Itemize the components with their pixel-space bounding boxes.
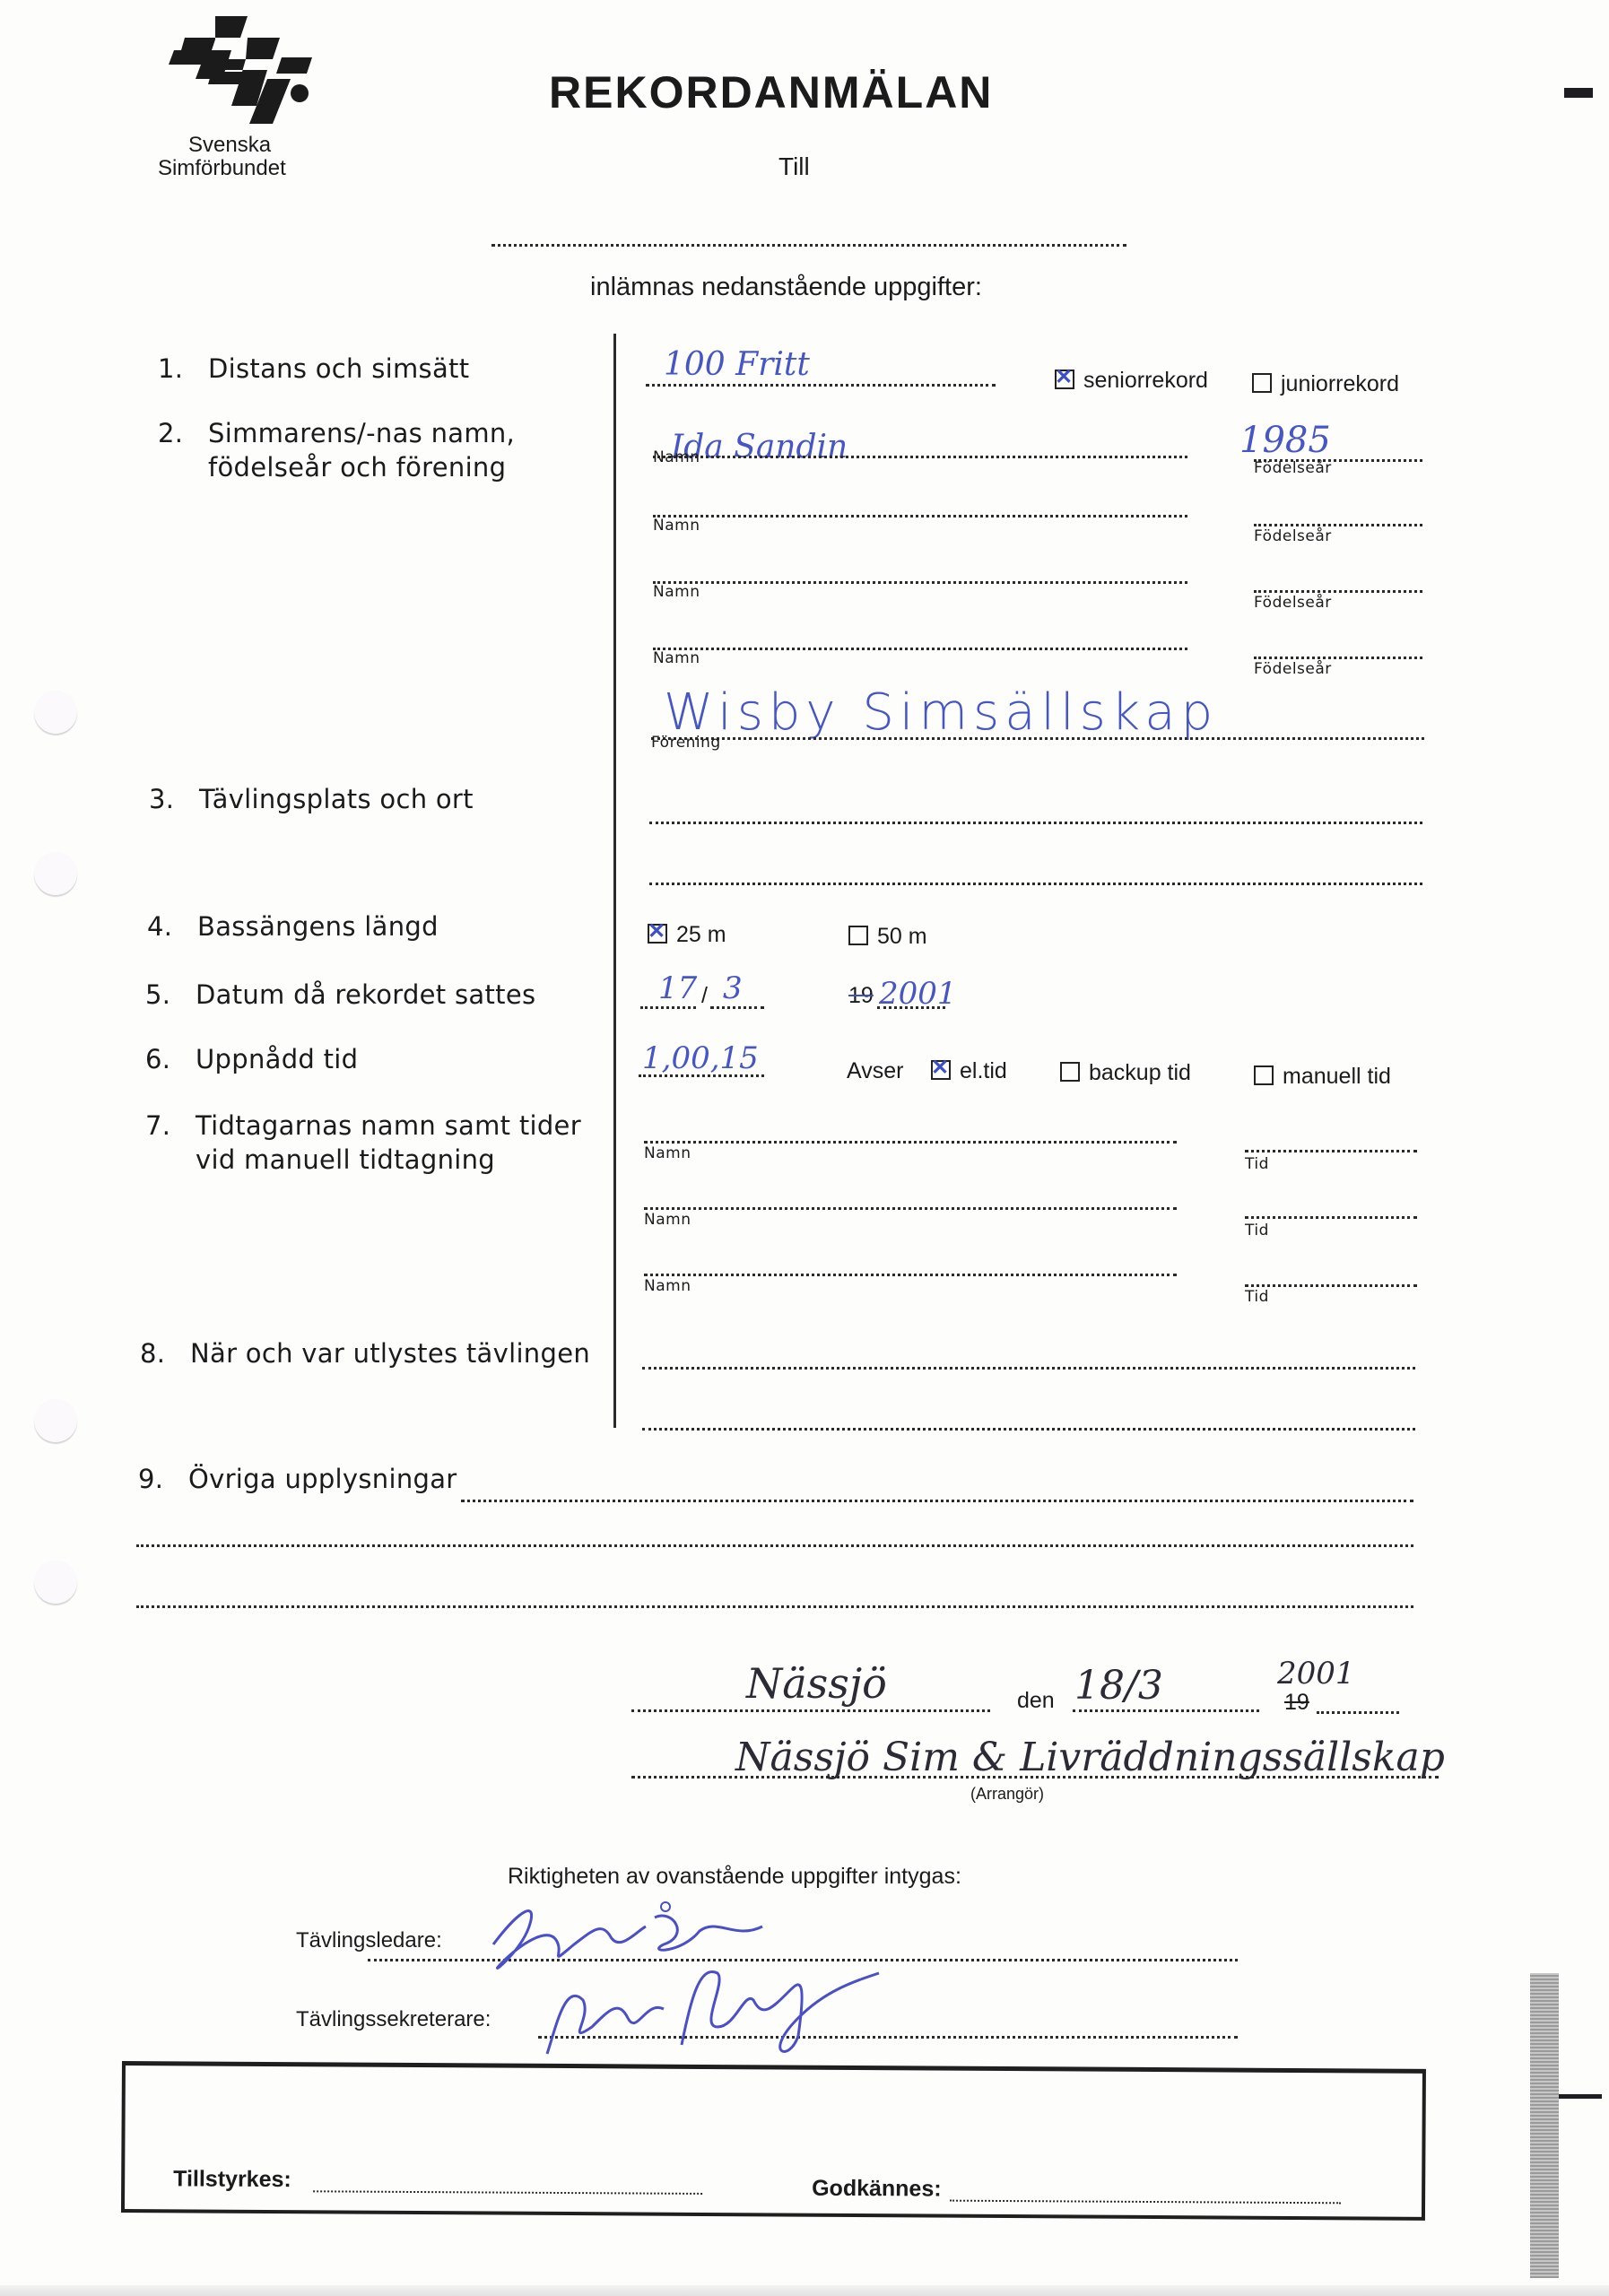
swimmer-name-field[interactable] xyxy=(653,515,1187,517)
section-6-number: 6. xyxy=(145,1044,170,1074)
swimmer-year-field[interactable] xyxy=(1254,524,1422,526)
section-7-number: 7. xyxy=(145,1110,170,1141)
timekeeper-time-field[interactable] xyxy=(1245,1150,1417,1152)
tillstyrkes-field[interactable] xyxy=(313,2190,702,2195)
timekeeper-name-field[interactable] xyxy=(644,1274,1177,1276)
name-caption: Namn xyxy=(653,583,700,601)
timekeeper-name-caption: Namn xyxy=(644,1211,691,1229)
year-caption: Födelseår xyxy=(1254,459,1332,477)
subtitle: inlämnas nedanstående uppgifter: xyxy=(590,273,982,302)
avser-label: Avser xyxy=(847,1058,903,1084)
scan-bottom-edge xyxy=(0,2285,1609,2296)
section-8-number: 8. xyxy=(140,1338,165,1369)
year-caption: Födelseår xyxy=(1254,594,1332,612)
place-value[interactable]: Nässjö xyxy=(746,1659,887,1708)
den-label: den xyxy=(1017,1688,1055,1714)
distance-stroke-field[interactable] xyxy=(646,384,996,387)
section-2-label-line2: födelseår och förening xyxy=(208,452,506,483)
signoff-year-prefix-struck: 19 xyxy=(1284,1690,1309,1716)
club-value[interactable]: Wisby Simsällskap xyxy=(664,683,1218,742)
timekeeper-name-caption: Namn xyxy=(644,1144,691,1162)
punch-hole xyxy=(34,1561,77,1604)
punch-hole xyxy=(34,852,77,895)
record-month-field[interactable] xyxy=(710,1006,764,1009)
scan-edge-mark xyxy=(1559,2094,1602,2099)
signoff-year-field[interactable] xyxy=(1317,1711,1399,1714)
organizer-caption: (Arrangör) xyxy=(970,1785,1044,1804)
record-year-field[interactable] xyxy=(877,1006,945,1009)
secretary-label: Tävlingssekreterare: xyxy=(296,2007,491,2032)
section-7-label-line1: Tidtagarnas namn samt tider xyxy=(196,1110,581,1141)
name-caption: Namn xyxy=(653,448,700,466)
club-field[interactable] xyxy=(651,737,1424,740)
godkannes-label: Godkännes: xyxy=(812,2176,942,2203)
senior-record-checkbox[interactable]: seniorrekord xyxy=(1055,368,1208,394)
column-divider xyxy=(613,334,616,1428)
announcement-field-line2[interactable] xyxy=(642,1428,1415,1431)
timekeeper-time-field[interactable] xyxy=(1245,1284,1417,1287)
timekeeper-time-caption: Tid xyxy=(1245,1288,1269,1306)
page-title: REKORDANMÄLAN xyxy=(549,66,993,118)
backup-time-label: backup tid xyxy=(1089,1060,1191,1085)
year-caption: Födelseår xyxy=(1254,660,1332,678)
backup-time-box[interactable] xyxy=(1060,1062,1080,1082)
announcement-field-line1[interactable] xyxy=(642,1367,1415,1370)
year-caption: Födelseår xyxy=(1254,527,1332,545)
approval-box: Tillstyrkes: Godkännes: xyxy=(121,2061,1426,2221)
leader-label: Tävlingsledare: xyxy=(296,1928,442,1953)
electronic-time-box[interactable] xyxy=(931,1060,951,1080)
distance-stroke-value[interactable]: 100 Fritt xyxy=(664,346,810,383)
godkannes-field[interactable] xyxy=(950,2200,1341,2205)
other-info-field-line1[interactable] xyxy=(461,1500,1413,1502)
ssf-logo-icon xyxy=(160,7,312,133)
year-prefix-struck: 19 xyxy=(848,983,874,1009)
other-info-field-line2[interactable] xyxy=(136,1544,1413,1547)
organizer-value[interactable]: Nässjö Sim & Livräddningssällskap xyxy=(735,1735,1445,1780)
other-info-field-line3[interactable] xyxy=(136,1605,1413,1608)
record-day-field[interactable] xyxy=(640,1006,696,1009)
section-6-label: Uppnådd tid xyxy=(196,1044,358,1074)
swimmer-name-field[interactable] xyxy=(653,648,1187,650)
pool-50m-checkbox[interactable]: 50 m xyxy=(848,924,927,950)
section-5-label: Datum då rekordet sattes xyxy=(196,979,535,1010)
manual-time-checkbox[interactable]: manuell tid xyxy=(1254,1064,1391,1090)
pool-25m-box[interactable] xyxy=(648,924,667,944)
backup-time-checkbox[interactable]: backup tid xyxy=(1060,1060,1191,1086)
section-2-number: 2. xyxy=(158,418,183,448)
senior-record-label: seniorrekord xyxy=(1083,368,1208,393)
swimmer-name-field[interactable] xyxy=(653,456,1187,458)
logo-text-line2: Simförbundet xyxy=(158,156,286,181)
section-9-number: 9. xyxy=(138,1464,163,1494)
ssf-logo xyxy=(160,7,312,133)
timekeeper-name-caption: Namn xyxy=(644,1277,691,1295)
timekeeper-name-field[interactable] xyxy=(644,1207,1177,1210)
pool-50m-box[interactable] xyxy=(848,926,868,945)
organizer-field[interactable] xyxy=(631,1776,1439,1779)
secretary-signature-icon xyxy=(529,1946,906,2072)
tillstyrkes-label: Tillstyrkes: xyxy=(173,2166,291,2193)
timekeeper-name-field[interactable] xyxy=(644,1141,1177,1144)
section-7-label-line2: vid manuell tidtagning xyxy=(196,1144,495,1175)
manual-time-label: manuell tid xyxy=(1283,1064,1391,1089)
electronic-time-checkbox[interactable]: el.tid xyxy=(931,1058,1007,1084)
junior-checkbox-box[interactable] xyxy=(1252,373,1272,393)
name-caption: Namn xyxy=(653,517,700,535)
swimmer-name-field[interactable] xyxy=(653,581,1187,584)
junior-record-label: juniorrekord xyxy=(1281,371,1399,396)
section-4-label: Bassängens längd xyxy=(197,911,439,942)
signoff-date-value[interactable]: 18/3 xyxy=(1074,1663,1163,1709)
manual-time-box[interactable] xyxy=(1254,1065,1274,1085)
signoff-year-value[interactable]: 2001 xyxy=(1277,1656,1355,1692)
timekeeper-time-caption: Tid xyxy=(1245,1222,1269,1239)
section-1-number: 1. xyxy=(158,353,183,384)
pool-50m-label: 50 m xyxy=(877,924,927,949)
place-field[interactable] xyxy=(631,1709,990,1712)
section-3-number: 3. xyxy=(149,784,174,814)
senior-checkbox-box[interactable] xyxy=(1055,370,1074,389)
scan-edge-strip xyxy=(1530,1973,1559,2278)
name-caption: Namn xyxy=(653,649,700,667)
signoff-date-field[interactable] xyxy=(1073,1709,1259,1712)
timekeeper-time-caption: Tid xyxy=(1245,1155,1269,1173)
till-recipient-field[interactable] xyxy=(491,244,1126,247)
date-separator: / xyxy=(701,983,708,1009)
club-caption: Förening xyxy=(651,734,721,752)
junior-record-checkbox[interactable]: juniorrekord xyxy=(1252,371,1399,397)
section-9-label: Övriga upplysningar xyxy=(188,1464,457,1494)
achieved-time-value[interactable]: 1,00,15 xyxy=(642,1040,759,1076)
pool-25m-checkbox[interactable]: 25 m xyxy=(648,922,726,948)
swimmer-year-field[interactable] xyxy=(1254,657,1422,659)
timekeeper-time-field[interactable] xyxy=(1245,1216,1417,1219)
punch-hole xyxy=(34,1399,77,1442)
section-4-number: 4. xyxy=(147,911,172,942)
section-2-label-line1: Simmarens/-nas namn, xyxy=(208,418,515,448)
scan-edge-mark xyxy=(1564,88,1593,98)
section-1-label: Distans och simsätt xyxy=(208,353,469,384)
logo-text-line1: Svenska xyxy=(188,133,271,158)
swimmer-year-field[interactable] xyxy=(1254,590,1422,593)
record-day-value[interactable]: 17 xyxy=(658,970,697,1006)
pool-25m-label: 25 m xyxy=(676,922,726,947)
till-label: Till xyxy=(778,152,810,181)
section-5-number: 5. xyxy=(145,979,170,1010)
venue-field-line2[interactable] xyxy=(649,883,1422,885)
swimmer-year-value[interactable]: 1985 xyxy=(1239,420,1331,461)
section-8-label: När och var utlystes tävlingen xyxy=(190,1338,590,1369)
electronic-time-label: el.tid xyxy=(960,1058,1007,1083)
achieved-time-field[interactable] xyxy=(639,1074,764,1077)
venue-field-line1[interactable] xyxy=(649,822,1422,824)
record-month-value[interactable]: 3 xyxy=(723,970,743,1006)
certify-text: Riktigheten av ovanstående uppgifter int… xyxy=(508,1864,961,1890)
punch-hole xyxy=(34,691,77,734)
section-3-label: Tävlingsplats och ort xyxy=(199,784,474,814)
